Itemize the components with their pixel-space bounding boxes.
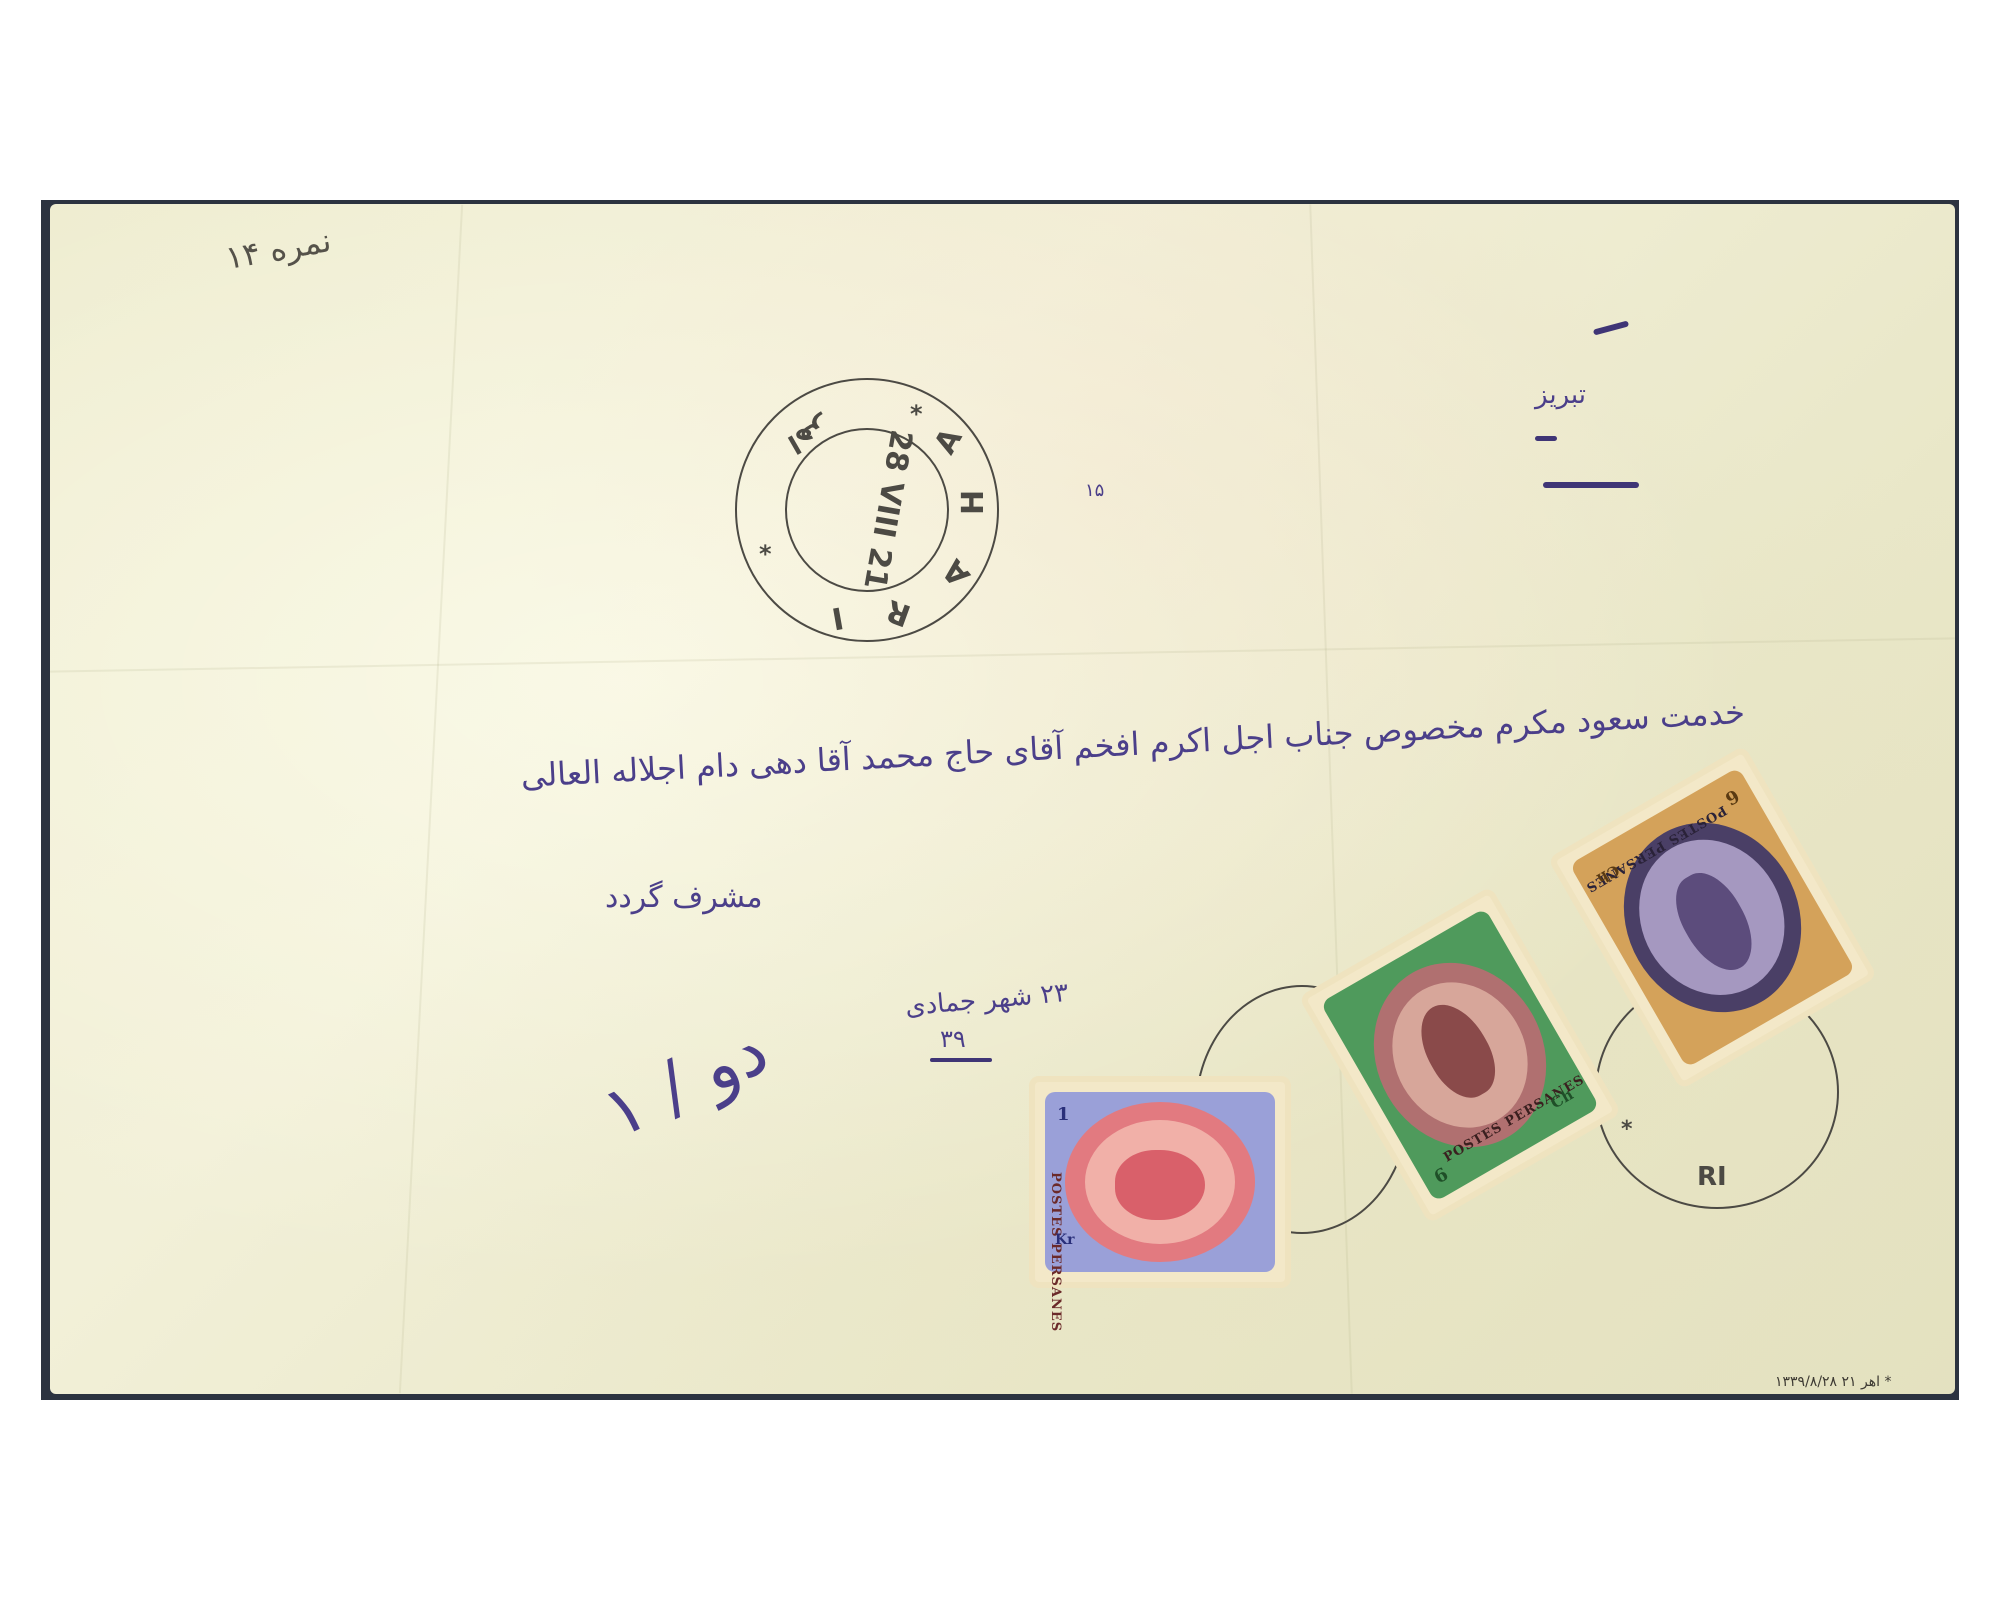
- note-right: تبریز: [1535, 380, 1586, 410]
- bottom-right-annotation: * اهر ۲۱ ۱۳۳۹/۸/۲۸: [1775, 1374, 1891, 1390]
- number-note: ۳۹: [940, 1025, 966, 1053]
- ink-underline: [1543, 482, 1639, 488]
- paper-crease: [50, 637, 1955, 672]
- address-line-2: مشرف گردد: [605, 880, 763, 915]
- postmark-ahari: 28 VIII 21 A H A R I * * اهر: [735, 378, 999, 642]
- stamp-1-kran: POSTES PERSANES 1 Kr: [1035, 1082, 1285, 1282]
- ink-underline: [930, 1058, 992, 1062]
- paper-crease: [399, 205, 463, 1393]
- small-mark: ۱۵: [1085, 480, 1104, 501]
- ink-stroke: [1535, 436, 1557, 441]
